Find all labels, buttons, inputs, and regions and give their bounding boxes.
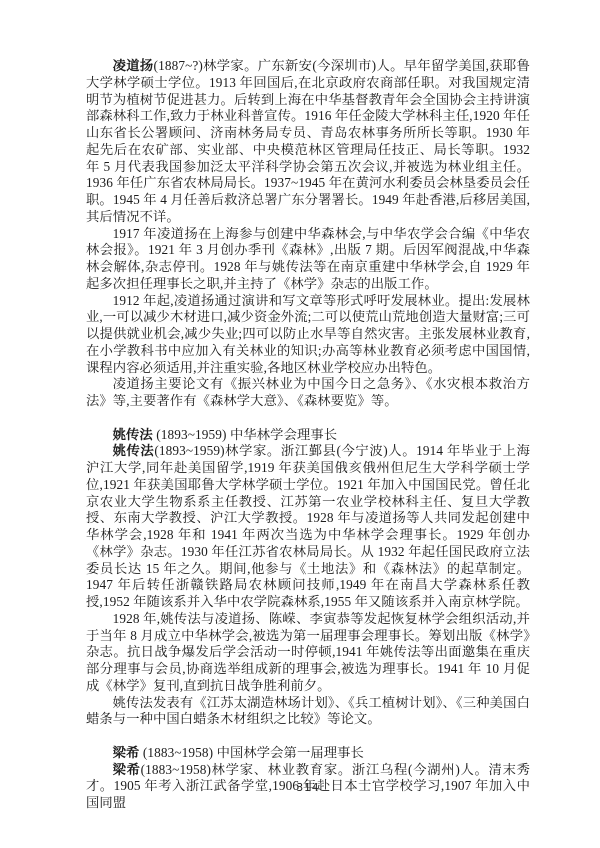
paragraph-text: 1917 年凌道扬在上海参与创建中华森林会,与中华农学会合编《中华农林会报》。1… — [86, 226, 530, 291]
person-name: 姚传法 — [113, 427, 153, 442]
paragraph: 1912 年起,凌道扬通过演讲和写文章等形式呼吁发展林业。提出:发展林业,一可以… — [86, 293, 530, 377]
paragraph-text: 姚传法发表有《江苏太湖造林场计划》、《兵工植树计划》、《三种美国白蜡条与一种中国… — [86, 695, 530, 727]
section-heading: 姚传法 (1893~1959) 中华林学会理事长 — [86, 427, 530, 444]
person-name: 姚传法 — [113, 443, 155, 458]
page-body: 凌道扬(1887~?)林学家。广东新安(今深圳市)人。早年留学美国,获耶鲁大学林… — [86, 58, 530, 812]
section-heading: 梁希 (1883~1958) 中国林学会第一届理事长 — [86, 745, 530, 762]
bio-paragraph: 凌道扬(1887~?)林学家。广东新安(今深圳市)人。早年留学美国,获耶鲁大学林… — [86, 58, 530, 226]
heading-title: (1893~1959) 中华林学会理事长 — [153, 427, 337, 442]
entry-yao-chuanfa: 姚传法 (1893~1959) 中华林学会理事长 姚传法(1893~1959)林… — [86, 427, 530, 729]
person-name: 梁希 — [113, 762, 141, 777]
paragraph-text: 1912 年起,凌道扬通过演讲和写文章等形式呼吁发展林业。提出:发展林业,一可以… — [86, 293, 530, 375]
paragraph-text: (1887~?)林学家。广东新安(今深圳市)人。早年留学美国,获耶鲁大学林学硕士… — [86, 58, 530, 224]
paragraph-text: 凌道扬主要论文有《振兴林业为中国今日之急务》、《水灾根本救治方法》等,主要著作有… — [86, 376, 530, 408]
person-name: 凌道扬 — [113, 58, 154, 73]
book-page: 凌道扬(1887~?)林学家。广东新安(今深圳市)人。早年留学美国,获耶鲁大学林… — [0, 0, 600, 848]
bio-paragraph: 姚传法(1893~1959)林学家。浙江鄞县(今宁波)人。1914 年毕业于上海… — [86, 443, 530, 611]
entry-ling-daoyang: 凌道扬(1887~?)林学家。广东新安(今深圳市)人。早年留学美国,获耶鲁大学林… — [86, 58, 530, 410]
entry-liang-xi: 梁希 (1883~1958) 中国林学会第一届理事长 梁希(1883~1958)… — [86, 745, 530, 812]
paragraph-text: (1893~1959)林学家。浙江鄞县(今宁波)人。1914 年毕业于上海沪江大… — [86, 443, 530, 609]
heading-title: (1883~1958) 中国林学会第一届理事长 — [139, 745, 364, 760]
paragraph-text: 1928 年,姚传法与凌道扬、陈嵘、李寅恭等发起恢复林学会组织活动,并于当年 8… — [86, 611, 530, 693]
paragraph: 姚传法发表有《江苏太湖造林场计划》、《兵工植树计划》、《三种美国白蜡条与一种中国… — [86, 695, 530, 729]
paragraph: 1928 年,姚传法与凌道扬、陈嵘、李寅恭等发起恢复林学会组织活动,并于当年 8… — [86, 611, 530, 695]
page-number: 314 — [86, 782, 530, 794]
person-name: 梁希 — [113, 745, 140, 760]
paragraph: 1917 年凌道扬在上海参与创建中华森林会,与中华农学会合编《中华农林会报》。1… — [86, 226, 530, 293]
paragraph: 凌道扬主要论文有《振兴林业为中国今日之急务》、《水灾根本救治方法》等,主要著作有… — [86, 376, 530, 410]
